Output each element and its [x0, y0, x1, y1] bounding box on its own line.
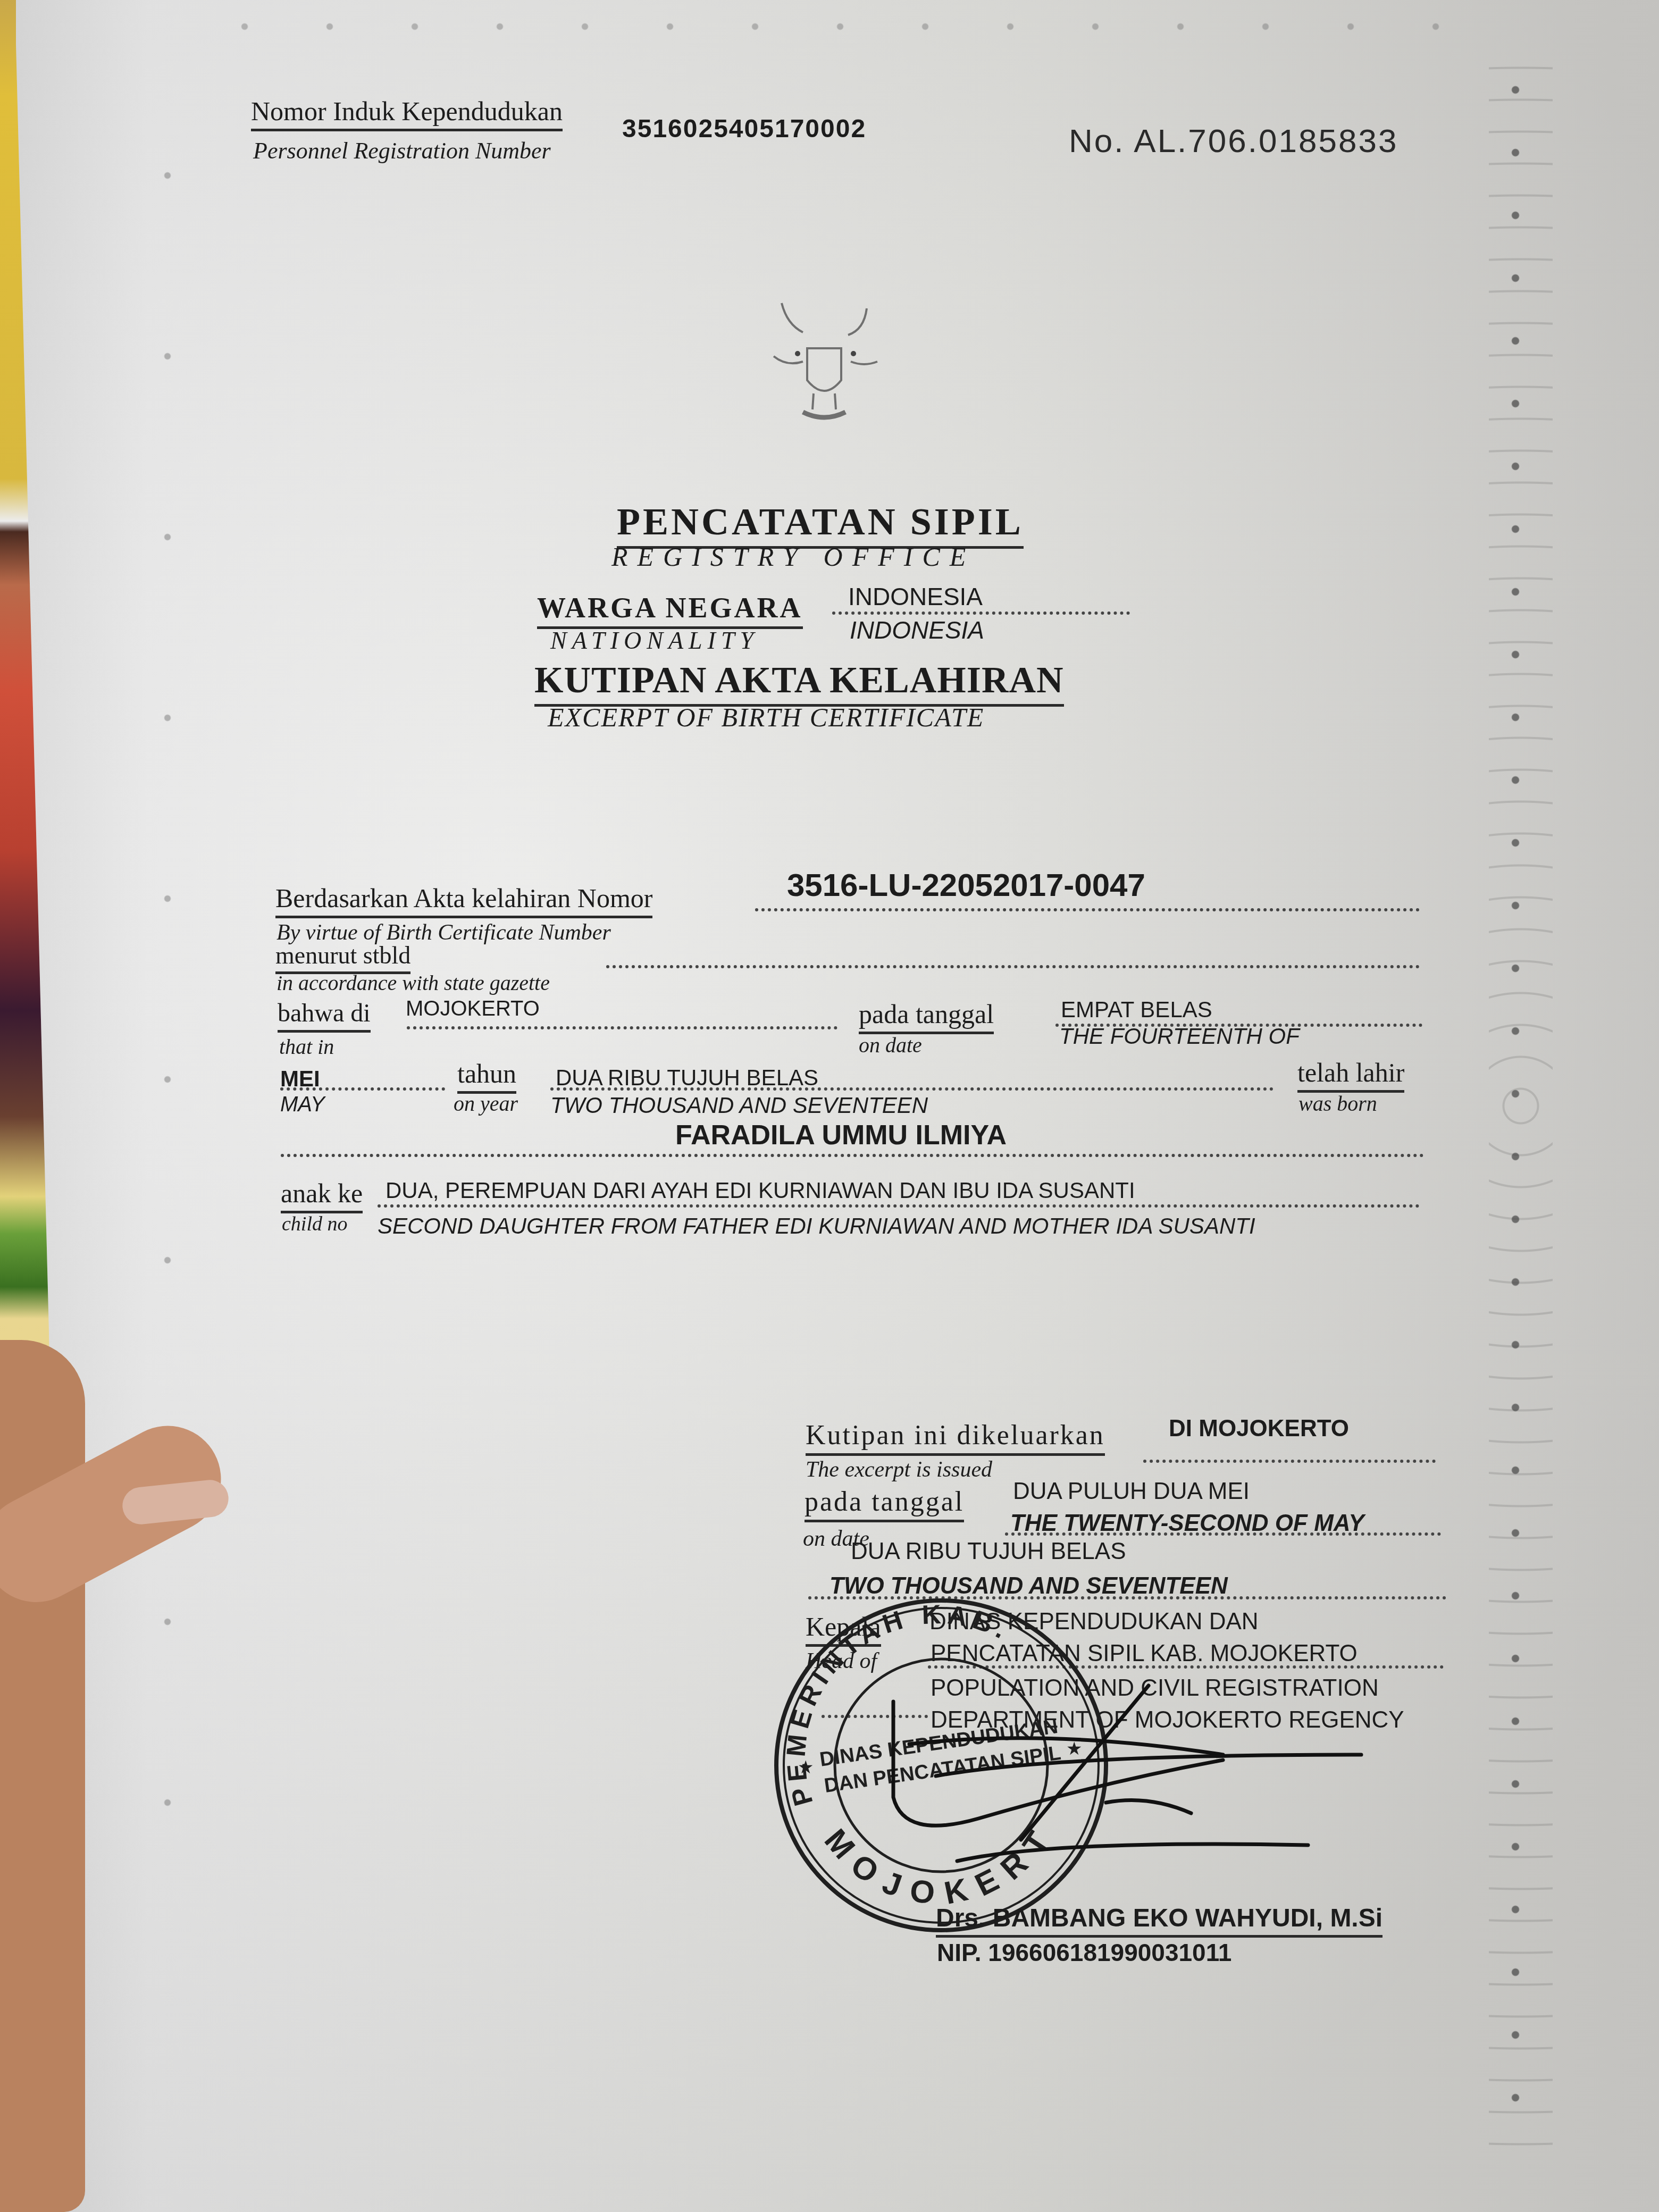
child-no-label: anak ke: [281, 1178, 363, 1213]
decorative-border-top: [202, 11, 1478, 43]
stbld-label-en: in accordance with state gazette: [276, 970, 550, 995]
issued-year-value: DUA RIBU TUJUH BELAS: [851, 1538, 1126, 1565]
issued-date-value: DUA PULUH DUA MEI: [1013, 1478, 1250, 1505]
official-nip: NIP. 196606181990031011: [937, 1938, 1231, 1967]
cert-no-value: 3516-LU-22052017-0047: [787, 867, 1145, 903]
child-description-en: SECOND DAUGHTER FROM FATHER EDI KURNIAWA…: [378, 1213, 1255, 1239]
birth-date-label-en: on date: [859, 1033, 922, 1058]
child-name: FARADILA UMMU ILMIYA: [675, 1119, 1007, 1151]
decorative-border-left: [160, 85, 175, 1946]
garuda-emblem-icon: [744, 287, 893, 436]
official-name: Drs. BAMBANG EKO WAHYUDI, M.Si: [936, 1904, 1382, 1938]
nik-value: 3516025405170002: [622, 114, 866, 144]
document-title: KUTIPAN AKTA KELAHIRAN: [534, 659, 1064, 707]
office-title-en: REGISTRY OFFICE: [611, 541, 975, 572]
year-label: tahun: [457, 1058, 516, 1094]
day-value: EMPAT BELAS: [1061, 997, 1212, 1023]
birth-date-label: pada tanggal: [859, 999, 994, 1034]
place-label: bahwa di: [278, 999, 371, 1033]
document-number: No. AL.706.0185833: [1069, 122, 1398, 160]
stbld-label: menurut stbld: [275, 941, 410, 974]
born-label: telah lahir: [1297, 1057, 1404, 1093]
place-value: MOJOKERTO: [406, 997, 540, 1021]
decorative-border-right-dots: [1505, 58, 1526, 2132]
nik-label: Nomor Induk Kependudukan: [251, 96, 563, 131]
month-value-en: MAY: [280, 1093, 325, 1117]
nik-label-en: Personnel Registration Number: [253, 137, 551, 164]
document-title-en: EXCERPT OF BIRTH CERTIFICATE: [548, 702, 984, 733]
issued-place: DI MOJOKERTO: [1169, 1415, 1349, 1442]
year-value: DUA RIBU TUJUH BELAS: [556, 1065, 818, 1091]
year-value-en: TWO THOUSAND AND SEVENTEEN: [550, 1093, 928, 1118]
nationality-label-en: NATIONALITY: [550, 626, 759, 655]
signature-icon: [787, 1595, 1478, 1893]
year-label-en: on year: [454, 1091, 518, 1116]
cert-no-label: Berdasarkan Akta kelahiran Nomor: [275, 883, 652, 918]
nationality-label: WARGA NEGARA: [537, 591, 803, 629]
issued-label-en: The excerpt is issued: [806, 1457, 992, 1482]
child-description: DUA, PEREMPUAN DARI AYAH EDI KURNIAWAN D…: [386, 1178, 1135, 1203]
child-no-label-en: child no: [282, 1212, 347, 1236]
nationality-value: INDONESIA: [848, 582, 983, 611]
place-label-en: that in: [279, 1034, 334, 1059]
issued-date-label: pada tanggal: [805, 1486, 964, 1522]
nationality-value-en: INDONESIA: [850, 616, 984, 644]
born-label-en: was born: [1298, 1091, 1377, 1116]
day-value-en: THE FOURTEENTH OF: [1059, 1024, 1300, 1049]
issued-label: Kutipan ini dikeluarkan: [806, 1420, 1105, 1456]
